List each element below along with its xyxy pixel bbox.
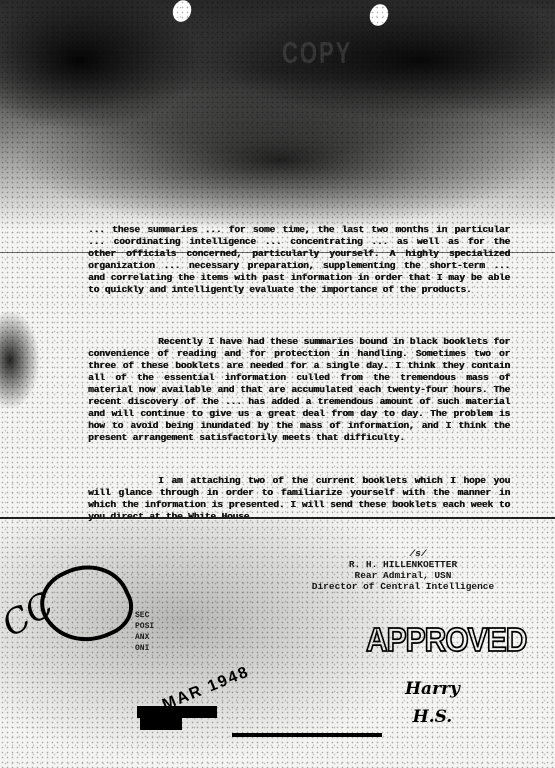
paragraph-2: Recently I have had these summaries boun… bbox=[88, 336, 510, 444]
approver-first-name: Harry bbox=[405, 675, 460, 703]
routing-item: ANX bbox=[135, 632, 154, 643]
routing-item: SEC bbox=[135, 610, 154, 621]
signature-block: /s/ R. H. HILLENKOETTER Rear Admiral, US… bbox=[288, 548, 518, 592]
signature-mark: /s/ bbox=[318, 548, 518, 559]
redaction-bar bbox=[137, 706, 217, 718]
fold-line bbox=[0, 517, 555, 519]
photocopy-smudge-left bbox=[0, 310, 40, 410]
routing-item: POSI bbox=[135, 621, 154, 632]
approver-initials-text: H.S. bbox=[405, 703, 460, 731]
paragraph-1: ... these summaries ... for some time, t… bbox=[88, 224, 510, 296]
strike-line bbox=[232, 733, 382, 737]
photocopy-smudge-top bbox=[0, 0, 555, 230]
scanned-document-page: COPY ... these summaries ... for some ti… bbox=[0, 0, 555, 768]
copy-stamp: COPY bbox=[282, 35, 352, 71]
approver-initials: Harry H.S. bbox=[405, 675, 460, 731]
signer-rank: Rear Admiral, USN bbox=[288, 570, 518, 581]
routing-checklist: SEC POSI ANX ONI bbox=[135, 610, 154, 654]
approved-stamp: APPROVED bbox=[366, 622, 526, 659]
signer-title: Director of Central Intelligence bbox=[288, 581, 518, 592]
redaction-bar bbox=[140, 718, 182, 730]
signer-name: R. H. HILLENKOETTER bbox=[288, 559, 518, 570]
routing-item: ONI bbox=[135, 643, 154, 654]
paragraph-3: I am attaching two of the current bookle… bbox=[88, 475, 510, 523]
